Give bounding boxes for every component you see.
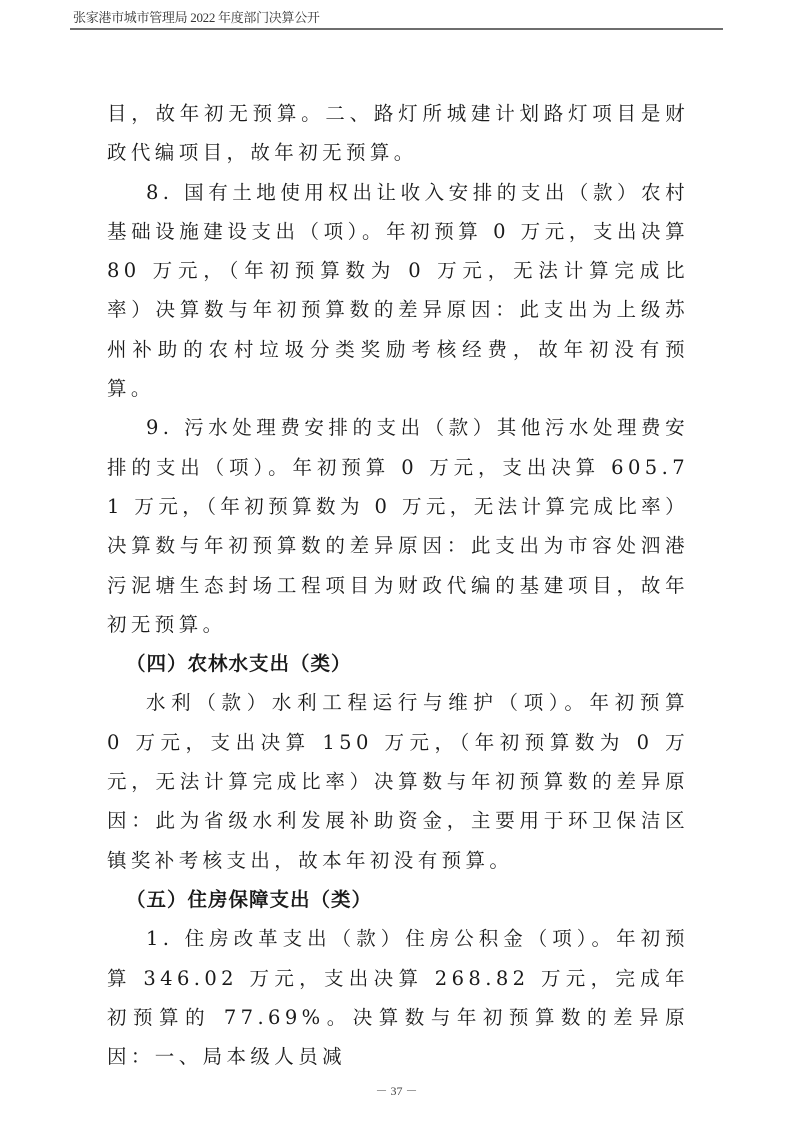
paragraph-item-8: 8. 国有土地使用权出让收入安排的支出（款）农村基础设施建设支出（项）。年初预算…: [107, 173, 689, 409]
page-number: － 37 －: [0, 1082, 793, 1099]
page-header: 张家港市城市管理局 2022 年度部门决算公开: [70, 8, 723, 28]
document-body: 目，故年初无预算。二、路灯所城建计划路灯项目是财政代编项目，故年初无预算。 8.…: [107, 94, 689, 1076]
section-heading-agriculture: （四）农林水支出（类）: [107, 644, 689, 683]
paragraph-item-9: 9. 污水处理费安排的支出（款）其他污水处理费安排的支出（项）。年初预算 0 万…: [107, 408, 689, 644]
document-title: 张家港市城市管理局 2022 年度部门决算公开: [73, 10, 320, 26]
paragraph-water-conservancy: 水利（款）水利工程运行与维护（项）。年初预算 0 万元，支出决算 150 万元，…: [107, 683, 689, 879]
header-divider: [70, 28, 723, 30]
section-heading-housing: （五）住房保障支出（类）: [107, 880, 689, 919]
paragraph-housing-item-1: 1. 住房改革支出（款）住房公积金（项）。年初预算 346.02 万元，支出决算…: [107, 919, 689, 1076]
paragraph-continuation: 目，故年初无预算。二、路灯所城建计划路灯项目是财政代编项目，故年初无预算。: [107, 94, 689, 173]
